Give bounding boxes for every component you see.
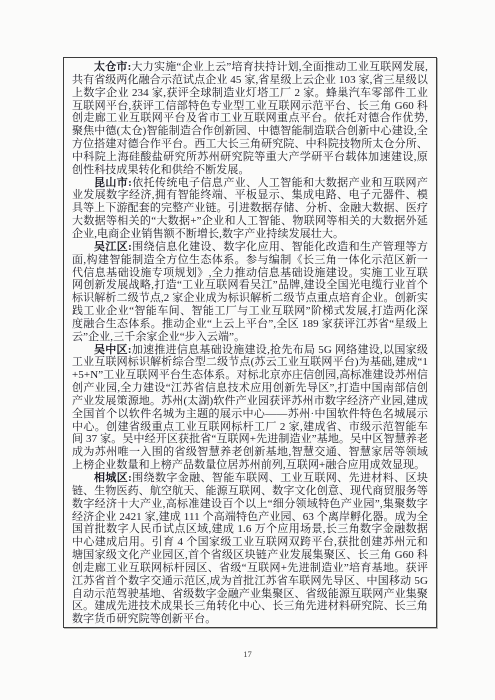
paragraph-kunshan: 昆山市:依托传统电子信息产业、人工智能和大数据产业和互联网产业发展数字经济,拥有… [72, 177, 428, 241]
district-label-wuzhong: 吴中区: [94, 344, 132, 356]
paragraph-wujiang: 吴江区:围绕信息化建设、数字化应用、智能化改造和生产管理等方面,构建智能制造全方… [72, 241, 428, 344]
paragraph-body-taicang: 大力实施“企业上云”培育扶持计划,全面推动工业互联网发展,共有省级两化融合示范试… [72, 61, 428, 176]
paragraph-wuzhong: 吴中区:加速推进信息基础设施建设,抢先布局 5G 网络建设,以国家级工业互联网标… [72, 344, 428, 472]
paragraph-body-wuzhong: 加速推进信息基础设施建设,抢先布局 5G 网络建设,以国家级工业互联网标识解析综… [72, 344, 428, 472]
page-number: 17 [0, 649, 495, 659]
paragraph-taicang: 太仓市:大力实施“企业上云”培育扶持计划,全面推动工业互联网发展,共有省级两化融… [72, 61, 428, 177]
district-label-kunshan: 昆山市: [94, 177, 132, 189]
district-label-taicang: 太仓市: [94, 61, 131, 73]
paragraph-xiangcheng: 相城区:围绕数字金融、智能车联网、工业互联网、先进材料、区块链、生物医药、航空航… [72, 472, 428, 626]
district-label-xiangcheng: 相城区: [94, 472, 132, 484]
scanned-document-page: 太仓市:大力实施“企业上云”培育扶持计划,全面推动工业互联网发展,共有省级两化融… [0, 0, 495, 700]
content-table-cell: 太仓市:大力实施“企业上云”培育扶持计划,全面推动工业互联网发展,共有省级两化融… [63, 57, 437, 628]
paragraph-body-xiangcheng: 围绕数字金融、智能车联网、工业互联网、先进材料、区块链、生物医药、航空航天、能源… [72, 472, 428, 625]
paragraph-body-wujiang: 围绕信息化建设、数字化应用、智能化改造和生产管理等方面,构建智能制造全方位生态体… [72, 241, 428, 343]
district-label-wujiang: 吴江区: [94, 241, 132, 253]
